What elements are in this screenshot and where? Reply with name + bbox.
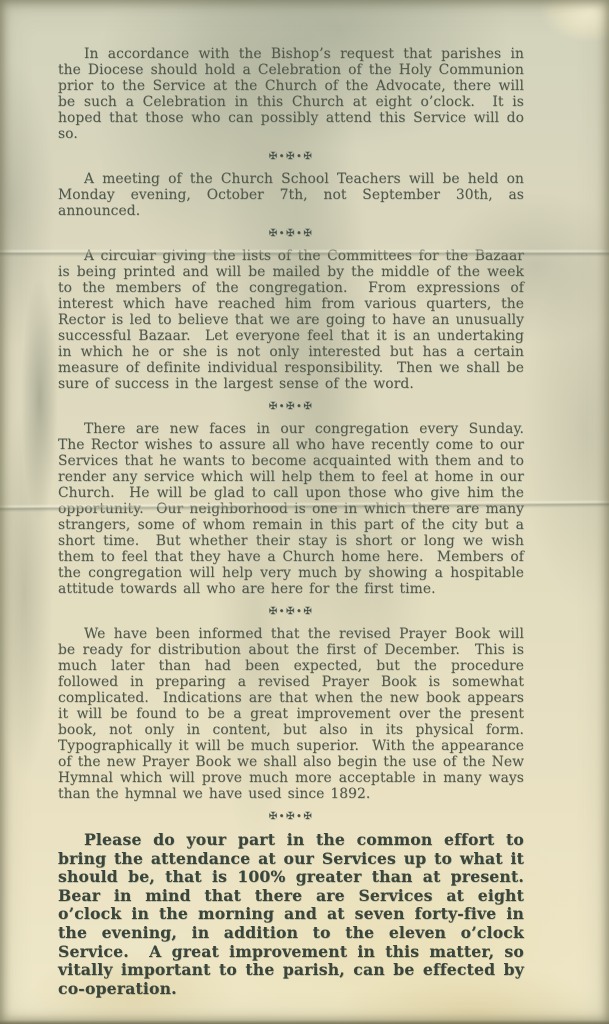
cross-divider-ornament: ✠•✠•✠ [58,228,524,240]
paragraph-prayer-book-notice: We have been informed that the revised P… [58,626,524,802]
paragraph-holy-communion-notice: In accordance with the Bishop’s request … [58,46,524,142]
page-content: In accordance with the Bishop’s request … [58,46,524,998]
paragraph-bazaar-committees-notice: A circular giving the lists of the Commi… [58,248,524,392]
cross-divider-ornament: ✠•✠•✠ [58,811,524,823]
paragraph-teachers-meeting-notice: A meeting of the Church School Teachers … [58,171,524,219]
cross-divider-ornament: ✠•✠•✠ [58,401,524,413]
cross-divider-ornament: ✠•✠•✠ [58,151,524,163]
paragraph-new-faces-notice: There are new faces in our congregation … [58,421,524,597]
paragraph-attendance-appeal: Please do your part in the common effort… [58,831,524,998]
paper-bottom-edge-shadow [0,1020,609,1024]
scanned-parish-bulletin-page: In accordance with the Bishop’s request … [0,0,609,1024]
cross-divider-ornament: ✠•✠•✠ [58,606,524,618]
